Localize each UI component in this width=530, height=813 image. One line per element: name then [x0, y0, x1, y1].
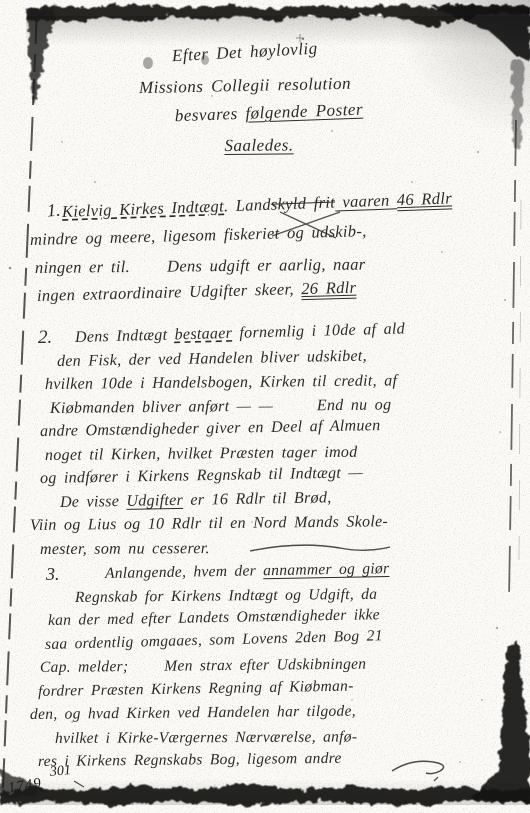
para1-line4-text: ingen extraordinaire Udgifter skeer,	[37, 279, 302, 305]
flourish-end-swash	[392, 761, 444, 773]
para3-line-9: res i Kirkens Regnskabs Bog, ligesom and…	[38, 746, 390, 773]
para1-line1-text: . Land	[224, 195, 272, 216]
heading-line-3-underlined: følgende Poster	[245, 100, 363, 123]
para2-line8-underlined: Udgifter	[126, 491, 183, 509]
heading-line-4-underlined: Saaledes.	[224, 135, 293, 155]
para2-line-9: Viin og Lius og 10 Rdlr til en Nord Mand…	[30, 510, 405, 537]
para3-line-7: den, og hvad Kirken ved Handelen har til…	[30, 699, 390, 726]
corner-shadow	[400, 0, 530, 140]
para3-line-1: Anlangende, hvem der annammer og giør	[105, 557, 390, 585]
para2-line-3: hvilken 10de i Handelsbogen, Kirken til …	[45, 369, 405, 396]
manuscript-page: Efter Det høylovlig Missions Collegii re…	[0, 0, 530, 813]
paragraph-3: Anlangende, hvem der annammer og giør Re…	[28, 562, 389, 774]
paragraph-2: Dens Indtægt bestaaer fornemlig i 10de a…	[28, 326, 405, 561]
para3-line1-text: Anlangende, hvem der	[105, 562, 263, 582]
para1-line1-amount: 46 Rdlr	[397, 188, 453, 209]
para1-line4-amount: 26 Rdlr	[301, 278, 357, 298]
bottom-edge-shadow	[0, 779, 530, 805]
scan-edge-right-line	[509, 120, 516, 600]
para1-line1-underlined: vaaren	[335, 190, 397, 211]
para2-line1-underlined: bestaaer	[174, 325, 232, 343]
heading-line-3-text: besvares	[174, 104, 245, 125]
page-number: 301	[49, 763, 71, 781]
document-heading: Efter Det høylovlig Missions Collegii re…	[100, 45, 390, 161]
para2-line1-text: Dens Indtægt	[75, 326, 175, 346]
paragraph-1: Kielvig Kirkes Indtægt. Landskyld frit v…	[28, 198, 452, 310]
para1-line1-struck: skyld frit	[271, 192, 336, 213]
para2-line1-rest: fornemlig i 10de af ald	[232, 320, 405, 342]
para2-line-5: andre Omstændigheder giver en Deel af Al…	[40, 414, 405, 444]
para3-line1-underlined: annammer og giør	[263, 560, 389, 579]
para1-line1-title: Kielvig Kirkes Indtægt	[62, 196, 225, 221]
para2-line8-text: De visse	[60, 492, 127, 510]
para2-line8-rest: er 16 Rdlr til Brød,	[183, 489, 332, 509]
heading-line-4: Saaledes.	[114, 129, 404, 161]
scan-edge-right-line-faint	[519, 200, 521, 560]
